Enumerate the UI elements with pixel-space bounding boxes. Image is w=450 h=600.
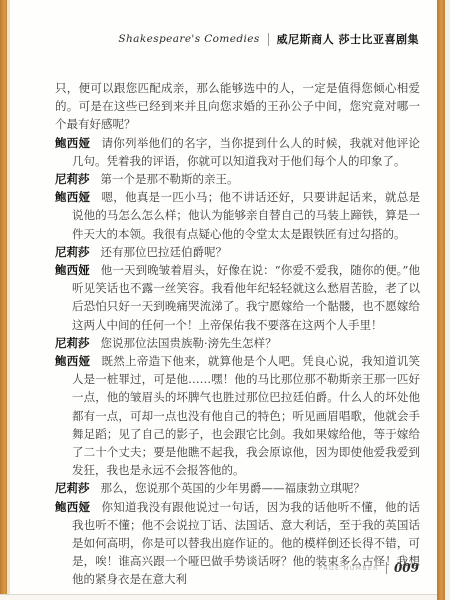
- speech-text: 嗯，他真是一匹小马；他不讲话还好，只要讲起话来，就总是说他的马怎么怎么样；他认为…: [72, 190, 420, 240]
- speech-text: 第一个是那不勒斯的亲王。: [101, 172, 239, 186]
- book-edge-right: [437, 0, 445, 600]
- speech-text: 您说那位法国贵族勒·滂先生怎样？: [101, 336, 277, 350]
- speaker-name: 鲍西娅: [55, 500, 90, 514]
- page-footer: PAGE NUMBER 009: [55, 560, 419, 576]
- speaker-name: 尼莉莎: [55, 172, 90, 186]
- footer-separator: [386, 562, 387, 574]
- dialogue-speech: 尼莉莎那么，您说那个英国的少年男爵——福康勃立琪呢？: [55, 479, 420, 497]
- speaker-name: 尼莉莎: [55, 481, 90, 495]
- speaker-name: 鲍西娅: [55, 354, 90, 368]
- book-title-chinese: 威尼斯商人 莎士比亚喜剧集: [277, 31, 419, 47]
- speaker-name: 鲍西娅: [55, 136, 90, 150]
- speaker-name: 尼莉莎: [55, 336, 90, 350]
- page-header: Shakespeare's Comedies 威尼斯商人 莎士比亚喜剧集: [55, 30, 419, 48]
- speech-text: 他一天到晚皱着眉头，好像在说：“你爱不爱我，随你的便。”他听见笑话也不露一丝笑容…: [72, 263, 420, 332]
- page-bottom-edge: [0, 594, 437, 600]
- dialogue-speech: 鲍西娅既然上帝造下他来，就算他是个人吧。凭良心说，我知道讥笑人是一桩罪过，可是他…: [55, 352, 420, 479]
- dialogue-speech: 尼莉莎第一个是那不勒斯的亲王。: [55, 170, 420, 188]
- dialogue-continuation: 只，便可以跟您匹配成亲，那么能够选中的人，一定是值得您倾心相爱的。可是在这些已经…: [55, 79, 420, 134]
- series-title-english: Shakespeare's Comedies: [118, 33, 259, 45]
- dialogue-speech: 尼莉莎您说那位法国贵族勒·滂先生怎样？: [55, 334, 420, 352]
- book-edge-left: [0, 0, 7, 594]
- book-edge-right-outer: [445, 0, 450, 600]
- header-separator: [268, 33, 269, 46]
- book-edge-left-highlight: [7, 0, 10, 594]
- page-number-label: PAGE NUMBER: [319, 565, 379, 572]
- dialogue-speech: 鲍西娅嗯，他真是一匹小马；他不讲话还好，只要讲起话来，就总是说他的马怎么怎么样；…: [55, 188, 420, 243]
- speech-text: 那么，您说那个英国的少年男爵——福康勃立琪呢？: [101, 481, 366, 495]
- speech-text: 还有那位巴拉廷伯爵呢？: [101, 245, 228, 259]
- speaker-name: 鲍西娅: [55, 190, 90, 204]
- dialogue-speech: 鲍西娅他一天到晚皱着眉头，好像在说：“你爱不爱我，随你的便。”他听见笑话也不露一…: [55, 261, 420, 334]
- dialogue-body: 只，便可以跟您匹配成亲，那么能够选中的人，一定是值得您倾心相爱的。可是在这些已经…: [55, 79, 420, 589]
- speaker-name: 尼莉莎: [55, 245, 90, 259]
- dialogue-speech: 尼莉莎还有那位巴拉廷伯爵呢？: [55, 243, 420, 261]
- speech-text: 请你列举他们的名字，当你提到什么人的时候，我就对他评论几句。凭着我的评语，你就可…: [72, 136, 420, 168]
- speech-list: 鲍西娅请你列举他们的名字，当你提到什么人的时候，我就对他评论几句。凭着我的评语，…: [55, 134, 420, 589]
- dialogue-speech: 鲍西娅请你列举他们的名字，当你提到什么人的时候，我就对他评论几句。凭着我的评语，…: [55, 134, 420, 170]
- speaker-name: 鲍西娅: [55, 263, 90, 277]
- page-number: 009: [394, 561, 419, 575]
- speech-text: 既然上帝造下他来，就算他是个人吧。凭良心说，我知道讥笑人是一桩罪过，可是他……嘿…: [72, 354, 420, 477]
